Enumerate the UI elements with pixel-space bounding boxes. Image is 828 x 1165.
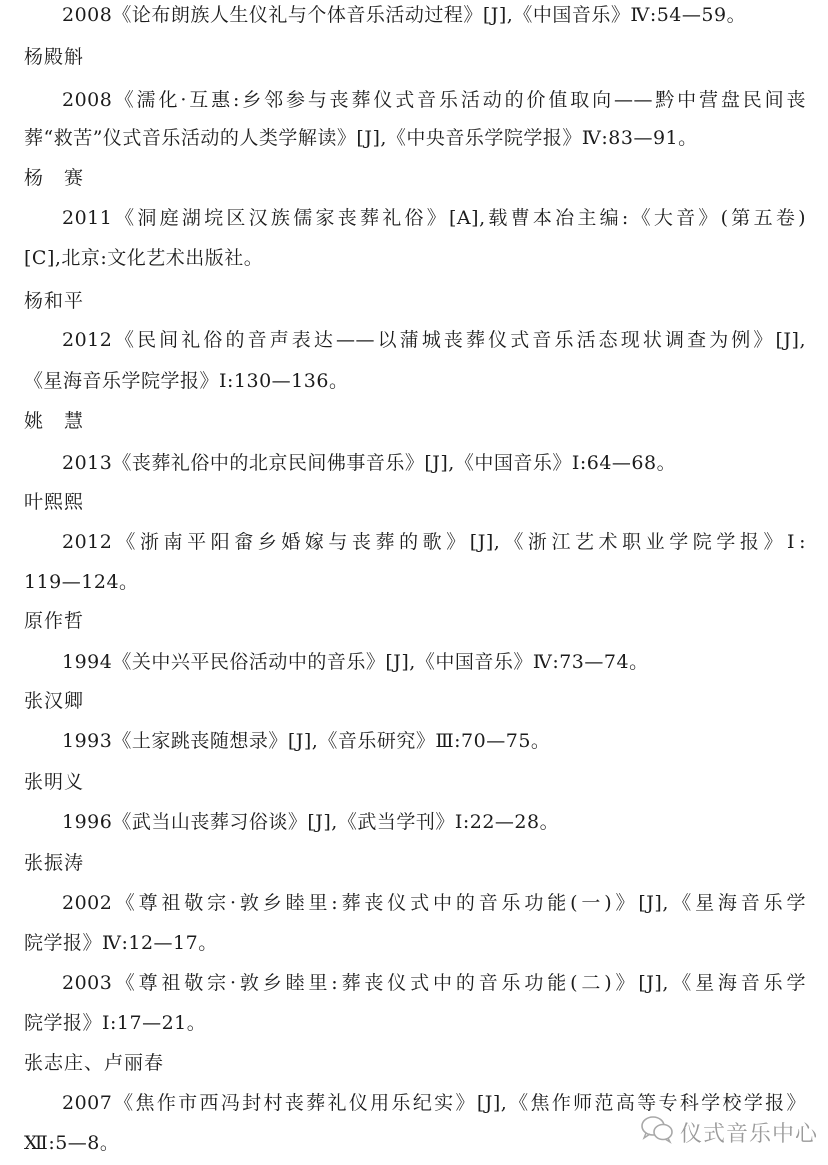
author-name: 张汉卿 <box>24 686 806 716</box>
author-name: 张振涛 <box>24 848 806 878</box>
bibliography-entry: 2008《濡化·互惠:乡邻参与丧葬仪式音乐活动的价值取向——黔中营盘民间丧 <box>62 85 806 115</box>
bibliography-entry-continued: 葬“救苦”仪式音乐活动的人类学解读》[J],《中央音乐学院学报》Ⅳ:83—91。 <box>24 123 806 153</box>
watermark: 仪式音乐中心 <box>640 1115 818 1149</box>
author-name: 叶熙熙 <box>24 487 806 517</box>
bibliography-entry: 2007《焦作市西冯封村丧葬礼仪用乐纪实》[J],《焦作师范高等专科学校学报》 <box>62 1088 806 1118</box>
bibliography-entry: 2013《丧葬礼俗中的北京民间佛事音乐》[J],《中国音乐》Ⅰ:64—68。 <box>62 448 806 478</box>
author-name: 姚 慧 <box>24 406 806 436</box>
wechat-icon <box>640 1114 674 1150</box>
author-name: 张志庄、卢丽春 <box>24 1048 806 1078</box>
watermark-text: 仪式音乐中心 <box>680 1117 818 1148</box>
bibliography-entry-continued: 院学报》Ⅰ:17—21。 <box>24 1008 806 1038</box>
bibliography-entry: 2012《民间礼俗的音声表达——以蒲城丧葬仪式音乐活态现状调查为例》[J], <box>62 325 806 355</box>
bibliography-page: 2008《论布朗族人生仪礼与个体音乐活动过程》[J],《中国音乐》Ⅳ:54—59… <box>0 0 828 1165</box>
author-name: 杨和平 <box>24 286 806 316</box>
author-name: 张明义 <box>24 767 806 797</box>
bibliography-entry-continued: [C],北京:文化艺术出版社。 <box>24 243 806 273</box>
bibliography-entry-continued: 院学报》Ⅳ:12—17。 <box>24 928 806 958</box>
bibliography-entry: 1996《武当山丧葬习俗谈》[J],《武当学刊》Ⅰ:22—28。 <box>62 807 806 837</box>
bibliography-entry: 1993《土家跳丧随想录》[J],《音乐研究》Ⅲ:70—75。 <box>62 726 806 756</box>
bibliography-entry: 1994《关中兴平民俗活动中的音乐》[J],《中国音乐》Ⅳ:73—74。 <box>62 647 806 677</box>
bibliography-entry: 2008《论布朗族人生仪礼与个体音乐活动过程》[J],《中国音乐》Ⅳ:54—59… <box>62 0 806 30</box>
bibliography-entry-continued: 119—124。 <box>24 567 806 597</box>
author-name: 原作哲 <box>24 606 806 636</box>
bibliography-entry-continued: 《星海音乐学院学报》Ⅰ:130—136。 <box>24 366 806 396</box>
bibliography-entry: 2012《浙南平阳畲乡婚嫁与丧葬的歌》[J],《浙江艺术职业学院学报》Ⅰ: <box>62 527 806 557</box>
bibliography-entry: 2002《尊祖敬宗·敦乡睦里:葬丧仪式中的音乐功能(一)》[J],《星海音乐学 <box>62 888 806 918</box>
author-name: 杨 赛 <box>24 163 806 193</box>
bibliography-entry: 2011《洞庭湖垸区汉族儒家丧葬礼俗》[A],载曹本冶主编:《大音》(第五卷) <box>62 203 806 233</box>
bibliography-entry: 2003《尊祖敬宗·敦乡睦里:葬丧仪式中的音乐功能(二)》[J],《星海音乐学 <box>62 968 806 998</box>
author-name: 杨殿斛 <box>24 42 806 72</box>
